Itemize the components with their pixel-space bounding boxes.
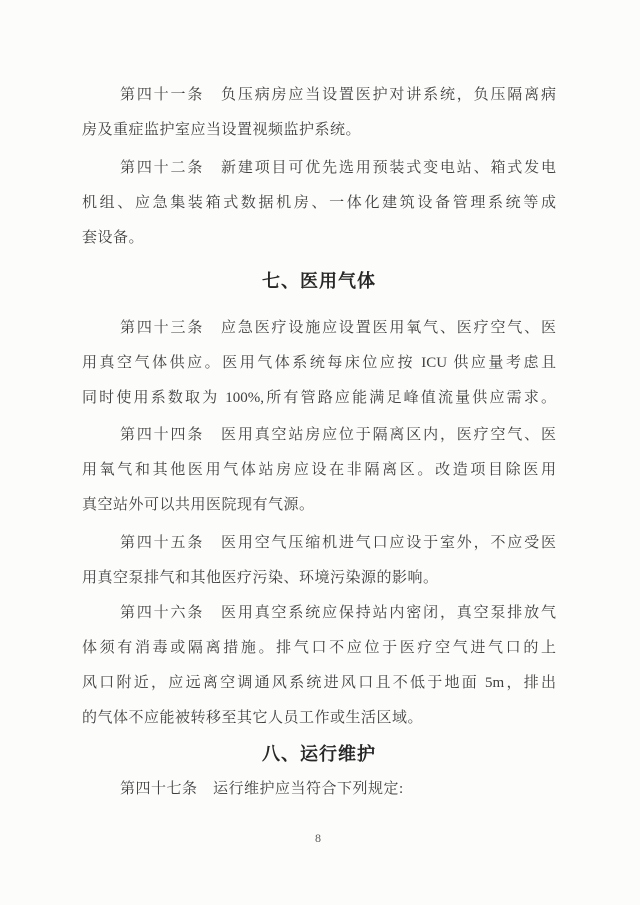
article-42-paragraph: 第四十二条 新建项目可优先选用预装式变电站、箱式发电 机组、应急集装箱式数据机房… (82, 151, 556, 256)
document-content: 第四十一条 负压病房应当设置医护对讲系统，负压隔离病 房及重症监护室应当设置视频… (0, 0, 640, 807)
article-43-paragraph: 第四十三条 应急医疗设施应设置医用氧气、医疗空气、医 用真空气体供应。医用气体系… (82, 311, 556, 416)
text-line: 第四十四条 医用真空站房应位于隔离区内，医疗空气、医 (82, 418, 556, 453)
text-line: 第四十二条 新建项目可优先选用预装式变电站、箱式发电 (82, 151, 556, 186)
text-line: 风口附近，应远离空调通风系统进风口且不低于地面 5m，排出 (82, 666, 556, 701)
text-line: 第四十一条 负压病房应当设置医护对讲系统，负压隔离病 (82, 78, 556, 113)
text-line: 体须有消毒或隔离措施。排气口不应位于医疗空气进气口的上 (82, 631, 556, 666)
text-line: 真空站外可以共用医院现有气源。 (82, 488, 556, 523)
article-47-paragraph: 第四十七条 运行维护应当符合下列规定: (82, 772, 556, 807)
text-line: 第四十五条 医用空气压缩机进气口应设于室外，不应受医 (82, 526, 556, 561)
page-number: 8 (0, 826, 636, 850)
section-heading-operation-maintenance: 八、运行维护 (82, 737, 556, 772)
text-line: 房及重症监护室应当设置视频监护系统。 (82, 113, 556, 148)
text-line: 同时使用系数取为 100%,所有管路应能满足峰值流量供应需求。 (82, 381, 556, 416)
text-line: 第四十七条 运行维护应当符合下列规定: (82, 772, 556, 807)
text-line: 的气体不应能被转移至其它人员工作或生活区域。 (82, 701, 556, 736)
article-46-paragraph: 第四十六条 医用真空系统应保持站内密闭，真空泵排放气 体须有消毒或隔离措施。排气… (82, 596, 556, 736)
text-line: 用真空泵排气和其他医疗污染、环境污染源的影响。 (82, 561, 556, 596)
document-page: 第四十一条 负压病房应当设置医护对讲系统，负压隔离病 房及重症监护室应当设置视频… (0, 0, 640, 905)
text-line: 用氧气和其他医用气体站房应设在非隔离区。改造项目除医用 (82, 453, 556, 488)
article-41-paragraph: 第四十一条 负压病房应当设置医护对讲系统，负压隔离病 房及重症监护室应当设置视频… (82, 78, 556, 148)
article-45-paragraph: 第四十五条 医用空气压缩机进气口应设于室外，不应受医 用真空泵排气和其他医疗污染… (82, 526, 556, 596)
text-line: 用真空气体供应。医用气体系统每床位应按 ICU 供应量考虑且 (82, 346, 556, 381)
text-line: 第四十六条 医用真空系统应保持站内密闭，真空泵排放气 (82, 596, 556, 631)
text-line: 第四十三条 应急医疗设施应设置医用氧气、医疗空气、医 (82, 311, 556, 346)
section-heading-medical-gas: 七、医用气体 (82, 264, 556, 299)
text-line: 机组、应急集装箱式数据机房、一体化建筑设备管理系统等成 (82, 186, 556, 221)
article-44-paragraph: 第四十四条 医用真空站房应位于隔离区内，医疗空气、医 用氧气和其他医用气体站房应… (82, 418, 556, 523)
text-line: 套设备。 (82, 221, 556, 256)
